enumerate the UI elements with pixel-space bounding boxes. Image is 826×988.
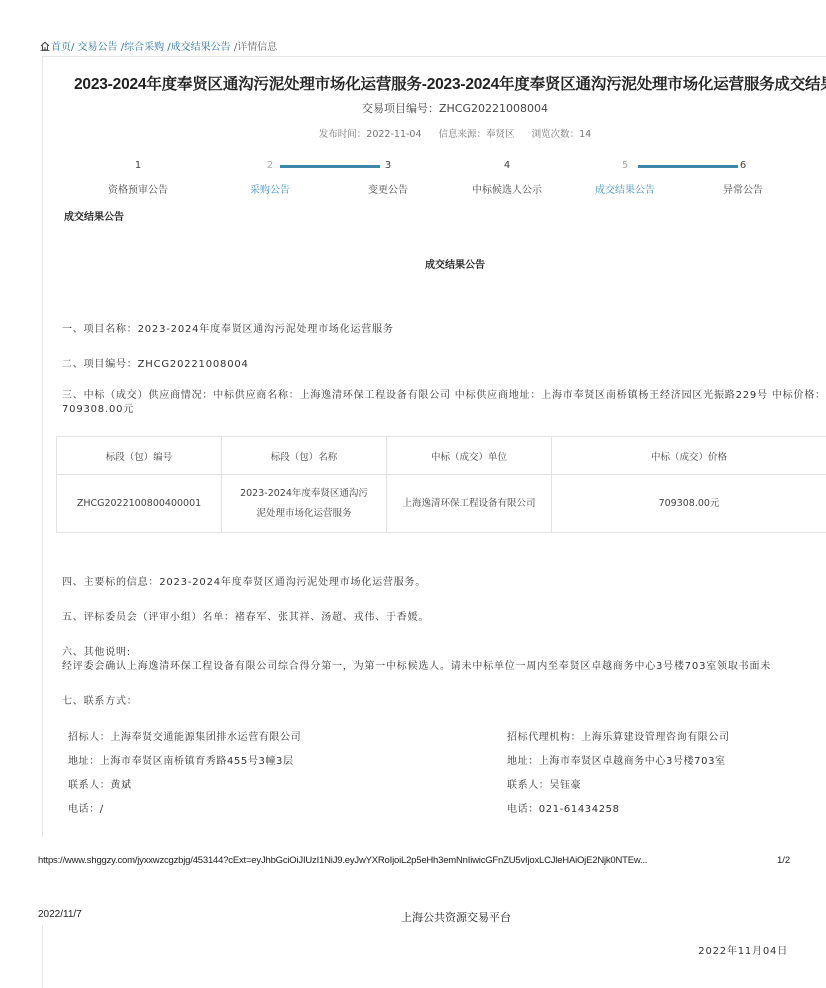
- breadcrumb-result-notices[interactable]: /成交结果公告: [167, 42, 234, 53]
- other-notes-body: 经评委会确认上海逸清环保工程设备有限公司综合得分第一，为第一中标候选人。请未中标…: [62, 657, 826, 672]
- step-prequalification[interactable]: 1 资格预审公告: [78, 158, 198, 196]
- agent-contact: 联系人：吴钰豪: [507, 776, 581, 791]
- publish-time: 发布时间：2022-11-04: [319, 129, 422, 140]
- col-winner: 中标（成交）单位: [387, 437, 552, 475]
- document-title: 成交结果公告: [0, 256, 826, 271]
- step-procurement-notice[interactable]: 2 采购公告: [210, 158, 330, 196]
- content-border: [42, 925, 43, 988]
- section-heading: 成交结果公告: [64, 208, 124, 223]
- breadcrumb-procurement[interactable]: /综合采购: [121, 42, 168, 53]
- winner-info: 三、中标（成交）供应商情况：中标供应商名称：上海逸清环保工程设备有限公司 中标供…: [62, 389, 826, 417]
- step-exception-notice[interactable]: 6 异常公告: [683, 158, 803, 196]
- breadcrumb-trade-notices[interactable]: 交易公告: [74, 42, 120, 53]
- contact-heading: 七、联系方式：: [62, 692, 138, 707]
- page-number: 1/2: [777, 855, 790, 866]
- main-subject: 四、主要标的信息：2023-2024年度奉贤区通沟污泥处理市场化运营服务。: [62, 573, 426, 588]
- table-row: ZHCG2022100800400001 2023-2024年度奉贤区通沟污泥处…: [57, 475, 826, 533]
- agent-phone: 电话：021-61434258: [507, 800, 620, 815]
- site-name: 上海公共资源交易平台: [0, 909, 826, 925]
- home-icon[interactable]: [40, 41, 50, 51]
- other-notes-title: 六、其他说明:: [62, 643, 131, 658]
- divider: [42, 56, 826, 57]
- cell-winner: 上海逸清环保工程设备有限公司: [387, 475, 552, 533]
- agent-name: 招标代理机构：上海乐算建设管理咨询有限公司: [507, 728, 730, 743]
- step-result-notice[interactable]: 5 成交结果公告: [565, 158, 685, 196]
- result-table: 标段（包）编号 标段（包）名称 中标（成交）单位 中标（成交）价格 ZHCG20…: [56, 436, 826, 533]
- cell-lot-name: 2023-2024年度奉贤区通沟污泥处理市场化运营服务: [222, 475, 387, 533]
- breadcrumb-current: /详情信息: [234, 42, 277, 53]
- project-code: 交易项目编号：ZHCG20221008004: [0, 100, 826, 116]
- page-title: 2023-2024年度奉贤区通沟污泥处理市场化运营服务-2023-2024年度奉…: [74, 72, 826, 94]
- cell-price: 709308.00元: [552, 475, 826, 533]
- buyer-address: 地址：上海市奉贤区南桥镇育秀路455号3幢3层: [68, 752, 294, 767]
- breadcrumb: 首页/ 交易公告 /综合采购 /成交结果公告 /详情信息: [40, 38, 277, 53]
- buyer-contact: 联系人：黄斌: [68, 776, 132, 791]
- col-price: 中标（成交）价格: [552, 437, 826, 475]
- process-steps: 1 资格预审公告 2 采购公告 3 变更公告 4 中标候选人公示 5 成交结果公…: [60, 158, 826, 198]
- cell-lot-code: ZHCG2022100800400001: [57, 475, 222, 533]
- view-count: 浏览次数：14: [532, 129, 592, 140]
- project-name: 一、项目名称：2023-2024年度奉贤区通沟污泥处理市场化运营服务: [62, 320, 394, 335]
- meta-info: 发布时间：2022-11-04 信息来源：奉贤区 浏览次数：14: [0, 126, 826, 140]
- col-lot-code: 标段（包）编号: [57, 437, 222, 475]
- buyer-phone: 电话：/: [68, 800, 104, 815]
- print-url: https://www.shggzy.com/jyxxwzcgzbjg/4531…: [38, 855, 647, 866]
- committee-list: 五、评标委员会（评审小组）名单：褚春军、张其祥、汤超、戎伟、于香媛。: [62, 608, 429, 623]
- project-number: 二、项目编号：ZHCG20221008004: [62, 355, 249, 370]
- buyer-name: 招标人：上海奉贤交通能源集团排水运营有限公司: [68, 728, 301, 743]
- agent-address: 地址：上海市奉贤区卓越商务中心3号楼703室: [507, 752, 726, 767]
- breadcrumb-home[interactable]: 首页/: [51, 42, 74, 53]
- info-source: 信息来源：奉贤区: [439, 129, 515, 140]
- sign-date: 2022年11月04日: [698, 942, 788, 957]
- step-candidate-notice[interactable]: 4 中标候选人公示: [447, 158, 567, 196]
- step-change-notice[interactable]: 3 变更公告: [328, 158, 448, 196]
- col-lot-name: 标段（包）名称: [222, 437, 387, 475]
- content-border: [42, 57, 43, 837]
- table-header-row: 标段（包）编号 标段（包）名称 中标（成交）单位 中标（成交）价格: [57, 437, 826, 475]
